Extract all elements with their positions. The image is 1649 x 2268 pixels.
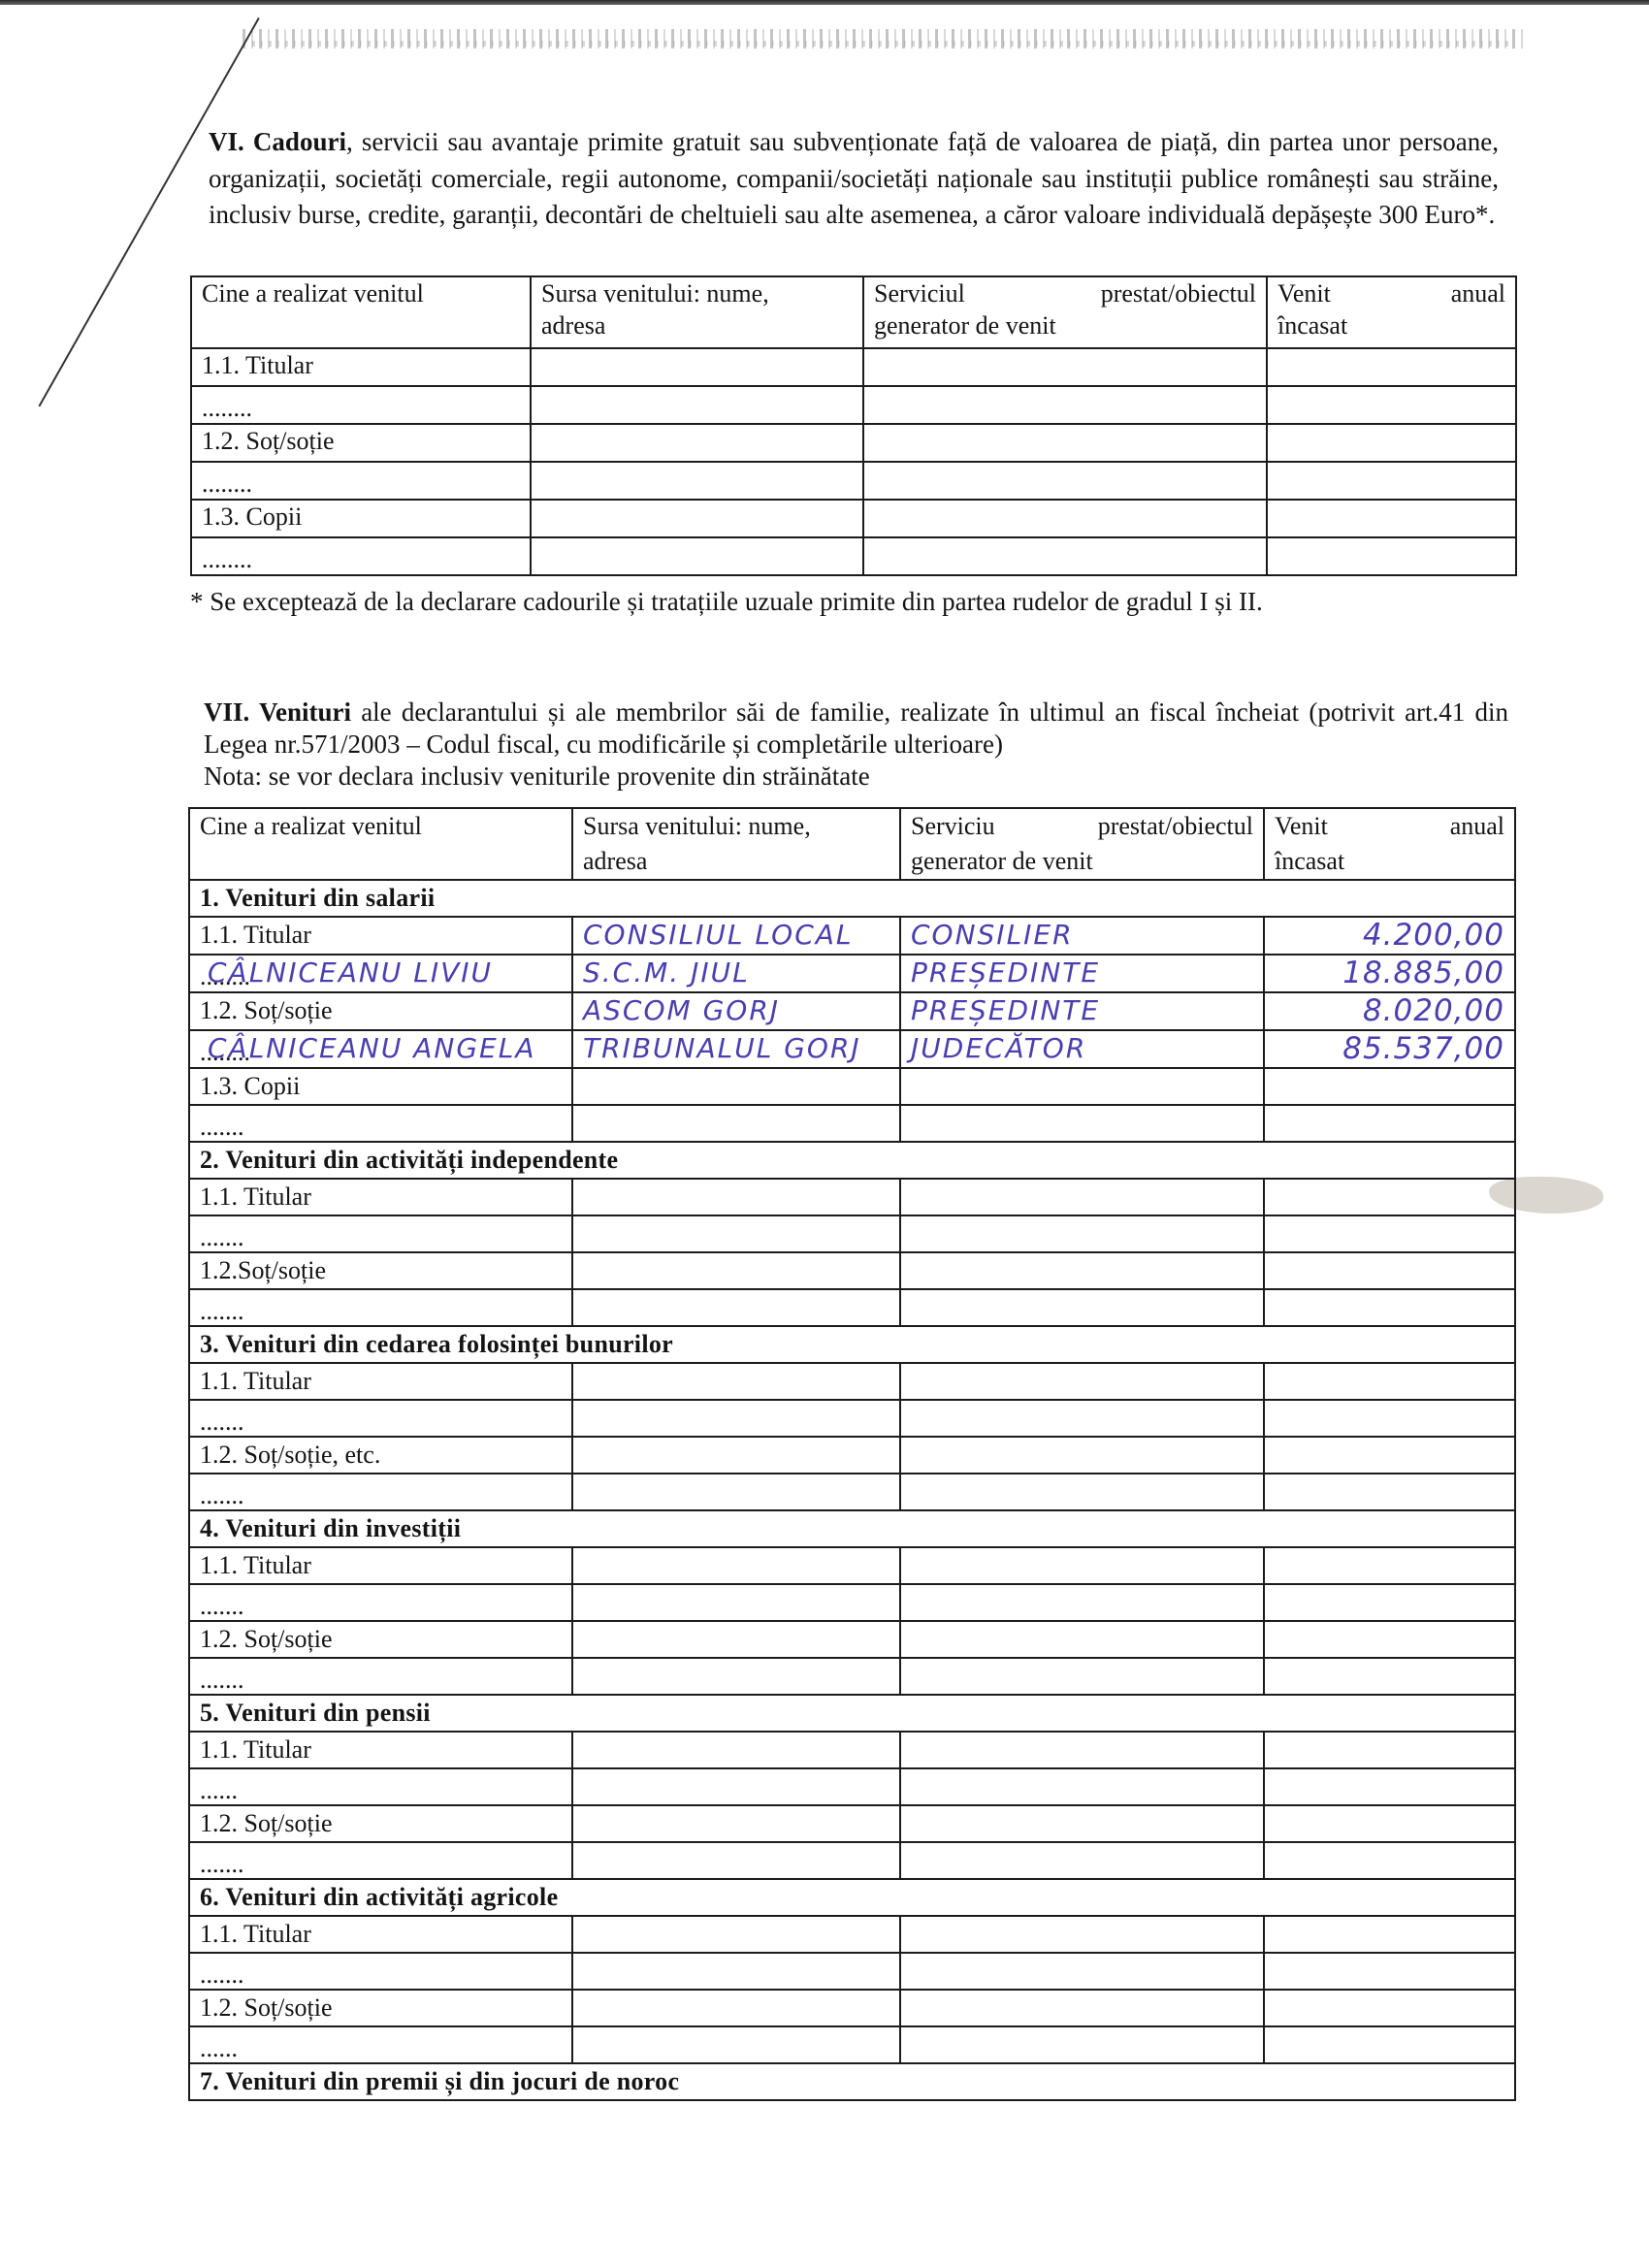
source-cell — [572, 1105, 900, 1142]
income-cell — [1264, 1400, 1515, 1437]
service-cell — [863, 348, 1267, 386]
row-label: 1.1. Titular — [189, 917, 572, 955]
col-header-service: Serviciulprestat/obiectulgenerator de ve… — [863, 276, 1267, 348]
section-vi-title: VI. Cadouri — [209, 127, 346, 156]
row-label: ...... — [189, 1768, 572, 1805]
table-row: 1.3. Copii — [189, 1068, 1515, 1105]
table-row: 1.1. Titular — [189, 1547, 1515, 1584]
income-cell — [1264, 1916, 1515, 1953]
scan-noise — [252, 41, 1513, 47]
section-heading: 1. Venituri din salarii — [189, 880, 1515, 917]
table-row: ...... — [189, 1768, 1515, 1805]
income-cell: 8.020,00 — [1264, 992, 1515, 1030]
row-label: 1.2. Soț/soție — [189, 992, 572, 1030]
section-heading: 3. Venituri din cedarea folosinței bunur… — [189, 1326, 1515, 1363]
handwritten-service: JUDECĂTOR — [911, 1032, 1086, 1064]
col-header-who: Cine a realizat venitul — [189, 808, 572, 880]
service-cell — [863, 424, 1267, 462]
source-cell — [531, 424, 863, 462]
row-label: 1.2. Soț/soție — [191, 424, 531, 462]
placeholder-dots: ...... — [200, 1769, 238, 1804]
table-row: 1.2. Soț/soție — [189, 1990, 1515, 2026]
section-vii-title: VII. Venituri — [204, 697, 351, 727]
service-cell — [900, 1658, 1264, 1695]
source-cell — [572, 1252, 900, 1289]
gifts-table: Cine a realizat venitul Sursa venitului:… — [190, 275, 1517, 576]
handwritten-amount: 85.537,00 — [1275, 1031, 1504, 1066]
table-row: 1.1. Titular — [189, 1916, 1515, 1953]
gifts-footnote: * Se exceptează de la declarare cadouril… — [190, 586, 1500, 617]
section-vii-note: Nota: se vor declara inclusiv veniturile… — [204, 761, 870, 791]
table-row: ........ — [191, 537, 1516, 575]
row-label: ........ — [191, 386, 531, 424]
table-row: 1.1. Titular — [189, 1732, 1515, 1768]
handwritten-name: CÂLNICEANU LIVIU — [200, 956, 493, 988]
table-row: ....... — [189, 1105, 1515, 1142]
income-cell — [1264, 1437, 1515, 1474]
table-row: 1.2. Soț/soție — [189, 1621, 1515, 1658]
service-cell — [900, 1068, 1264, 1105]
table-row: ....... — [189, 1289, 1515, 1326]
service-cell — [900, 1621, 1264, 1658]
row-label: ........ — [191, 462, 531, 500]
row-label: ........CÂLNICEANU ANGELA — [189, 1030, 572, 1068]
source-cell — [572, 1953, 900, 1990]
handwritten-source: ASCOM GORJ — [583, 994, 780, 1026]
service-cell — [863, 537, 1267, 575]
service-cell: JUDECĂTOR — [900, 1030, 1264, 1068]
source-cell — [572, 1732, 900, 1768]
table-row: 1.2. Soț/soție, etc. — [189, 1437, 1515, 1474]
source-cell — [572, 1437, 900, 1474]
table-row: 1.1. Titular — [191, 348, 1516, 386]
handwritten-service: PREȘEDINTE — [911, 994, 1100, 1026]
service-cell — [900, 1768, 1264, 1805]
table-row: ........CÂLNICEANU LIVIUS.C.M. JIULPREȘE… — [189, 955, 1515, 992]
table-row: ....... — [189, 1842, 1515, 1879]
income-cell — [1267, 462, 1516, 500]
placeholder-dots: ...... — [200, 2027, 238, 2062]
source-cell — [531, 500, 863, 537]
handwritten-name: CÂLNICEANU ANGELA — [200, 1032, 536, 1064]
service-cell — [900, 1105, 1264, 1142]
source-cell — [572, 2026, 900, 2063]
row-label: 1.1. Titular — [189, 1179, 572, 1215]
row-label: 1.2.Soț/soție — [189, 1252, 572, 1289]
placeholder-dots: ........ — [202, 463, 252, 498]
table-row: 1.2. Soț/soție — [189, 1805, 1515, 1842]
source-cell — [572, 1916, 900, 1953]
service-cell — [900, 1363, 1264, 1400]
income-cell — [1264, 1363, 1515, 1400]
row-label: ....... — [189, 1289, 572, 1326]
income-cell — [1264, 1289, 1515, 1326]
col-header-income: Venitanualîncasat — [1264, 808, 1515, 880]
table-row: 1.2. Soț/soțieASCOM GORJPREȘEDINTE8.020,… — [189, 992, 1515, 1030]
income-cell — [1267, 500, 1516, 537]
income-cell: 85.537,00 — [1264, 1030, 1515, 1068]
income-cell — [1264, 1252, 1515, 1289]
service-cell — [863, 500, 1267, 537]
col-header-who: Cine a realizat venitul — [191, 276, 531, 348]
income-cell — [1264, 1621, 1515, 1658]
income-cell — [1264, 1547, 1515, 1584]
source-cell — [572, 1289, 900, 1326]
source-cell — [572, 1805, 900, 1842]
source-cell — [572, 1068, 900, 1105]
table-row: ....... — [189, 1953, 1515, 1990]
table-row: 1.1. Titular — [189, 1363, 1515, 1400]
source-cell: CONSILIUL LOCAL — [572, 917, 900, 955]
source-cell — [572, 1179, 900, 1215]
handwritten-source: CONSILIUL LOCAL — [583, 919, 854, 951]
section-vii-text: ale declarantului și ale membrilor săi d… — [204, 697, 1508, 759]
placeholder-dots: ........ — [202, 387, 252, 422]
section-heading: 7. Venituri din premii și din jocuri de … — [189, 2063, 1515, 2100]
service-cell — [900, 1584, 1264, 1621]
row-label: 1.2. Soț/soție — [189, 1990, 572, 2026]
row-label: 1.1. Titular — [189, 1732, 572, 1768]
income-cell: 4.200,00 — [1264, 917, 1515, 955]
source-cell — [572, 1474, 900, 1510]
table-row: ....... — [189, 1474, 1515, 1510]
placeholder-dots: ....... — [200, 1585, 244, 1620]
service-cell — [900, 1842, 1264, 1879]
row-label: 1.2. Soț/soție — [189, 1621, 572, 1658]
section-vii-intro: VII. Venituri ale declarantului și ale m… — [204, 697, 1508, 793]
table-row: ....... — [189, 1400, 1515, 1437]
section-heading: 5. Venituri din pensii — [189, 1695, 1515, 1732]
row-label: ....... — [189, 1400, 572, 1437]
handwritten-amount: 18.885,00 — [1275, 956, 1504, 990]
section-heading: 4. Venituri din investiții — [189, 1510, 1515, 1547]
source-cell — [531, 537, 863, 575]
service-cell — [863, 386, 1267, 424]
row-label: 1.2. Soț/soție, etc. — [189, 1437, 572, 1474]
row-label: 1.1. Titular — [189, 1547, 572, 1584]
handwritten-source: TRIBUNALUL GORJ — [583, 1032, 861, 1064]
service-cell — [900, 1474, 1264, 1510]
row-label: ...... — [189, 2026, 572, 2063]
table-row: ........ — [191, 386, 1516, 424]
source-cell: TRIBUNALUL GORJ — [572, 1030, 900, 1068]
service-cell — [863, 462, 1267, 500]
service-cell — [900, 1437, 1264, 1474]
placeholder-dots: ....... — [200, 1290, 244, 1325]
service-cell: PREȘEDINTE — [900, 955, 1264, 992]
placeholder-dots: ....... — [200, 1659, 244, 1694]
income-cell — [1267, 386, 1516, 424]
source-cell — [572, 1621, 900, 1658]
service-cell — [900, 1289, 1264, 1326]
row-label: ........ — [191, 537, 531, 575]
income-cell — [1264, 1584, 1515, 1621]
row-label: 1.1. Titular — [191, 348, 531, 386]
income-cell — [1264, 2026, 1515, 2063]
table-row: ....... — [189, 1584, 1515, 1621]
table-row: ........ — [191, 462, 1516, 500]
col-header-service: Serviciuprestat/obiectulgenerator de ven… — [900, 808, 1264, 880]
source-cell — [572, 1547, 900, 1584]
service-cell: CONSILIER — [900, 917, 1264, 955]
placeholder-dots: ....... — [200, 1843, 244, 1878]
table-header-row: Cine a realizat venitul Sursa venitului:… — [189, 808, 1515, 880]
service-cell — [900, 1732, 1264, 1768]
col-header-income: Venitanualîncasat — [1267, 276, 1516, 348]
row-label: ....... — [189, 1215, 572, 1252]
income-cell — [1267, 348, 1516, 386]
source-cell — [572, 1768, 900, 1805]
service-cell — [900, 1252, 1264, 1289]
row-label: ....... — [189, 1584, 572, 1621]
section-row: 2. Venituri din activități independente — [189, 1142, 1515, 1179]
scan-edge — [0, 0, 1649, 5]
source-cell — [572, 1363, 900, 1400]
section-vi-text: , servicii sau avantaje primite gratuit … — [209, 127, 1499, 229]
income-cell — [1264, 1842, 1515, 1879]
service-cell — [900, 1215, 1264, 1252]
service-cell — [900, 2026, 1264, 2063]
source-cell — [572, 1990, 900, 2026]
section-row: 6. Venituri din activități agricole — [189, 1879, 1515, 1916]
source-cell: ASCOM GORJ — [572, 992, 900, 1030]
service-cell — [900, 1916, 1264, 1953]
section-row: 5. Venituri din pensii — [189, 1695, 1515, 1732]
row-label: ....... — [189, 1105, 572, 1142]
placeholder-dots: ........ — [202, 538, 252, 573]
source-cell — [572, 1215, 900, 1252]
placeholder-dots: ....... — [200, 1106, 244, 1141]
service-cell — [900, 1179, 1264, 1215]
income-cell — [1267, 424, 1516, 462]
service-cell: PREȘEDINTE — [900, 992, 1264, 1030]
income-cell — [1264, 1105, 1515, 1142]
income-cell — [1264, 1990, 1515, 2026]
income-cell — [1264, 1805, 1515, 1842]
section-row: 3. Venituri din cedarea folosinței bunur… — [189, 1326, 1515, 1363]
handwritten-service: CONSILIER — [911, 919, 1074, 951]
row-label: 1.3. Copii — [189, 1068, 572, 1105]
source-cell — [531, 462, 863, 500]
income-cell — [1264, 1768, 1515, 1805]
source-cell — [572, 1584, 900, 1621]
source-cell — [572, 1400, 900, 1437]
table-row: 1.2. Soț/soție — [191, 424, 1516, 462]
table-row: ........CÂLNICEANU ANGELATRIBUNALUL GORJ… — [189, 1030, 1515, 1068]
service-cell — [900, 1805, 1264, 1842]
handwritten-amount: 4.200,00 — [1275, 918, 1504, 953]
income-cell — [1264, 1068, 1515, 1105]
service-cell — [900, 1953, 1264, 1990]
handwritten-service: PREȘEDINTE — [911, 956, 1100, 988]
source-cell — [531, 348, 863, 386]
handwritten-source: S.C.M. JIUL — [583, 956, 750, 988]
table-row: 1.1. TitularCONSILIUL LOCALCONSILIER4.20… — [189, 917, 1515, 955]
section-row: 7. Venituri din premii și din jocuri de … — [189, 2063, 1515, 2100]
income-table: Cine a realizat venitul Sursa venitului:… — [188, 807, 1516, 2101]
section-heading: 6. Venituri din activități agricole — [189, 1879, 1515, 1916]
income-cell: 18.885,00 — [1264, 955, 1515, 992]
placeholder-dots: ....... — [200, 1954, 244, 1989]
section-vi-intro: VI. Cadouri, servicii sau avantaje primi… — [209, 124, 1499, 234]
source-cell: S.C.M. JIUL — [572, 955, 900, 992]
table-row: ...... — [189, 2026, 1515, 2063]
service-cell — [900, 1990, 1264, 2026]
row-label: ....... — [189, 1953, 572, 1990]
table-row: ....... — [189, 1215, 1515, 1252]
placeholder-dots: ....... — [200, 1216, 244, 1251]
section-row: 4. Venituri din investiții — [189, 1510, 1515, 1547]
section-heading: 2. Venituri din activități independente — [189, 1142, 1515, 1179]
table-header-row: Cine a realizat venitul Sursa venitului:… — [191, 276, 1516, 348]
row-label: ....... — [189, 1842, 572, 1879]
service-cell — [900, 1547, 1264, 1584]
table-row: 1.2.Soț/soție — [189, 1252, 1515, 1289]
income-cell — [1264, 1953, 1515, 1990]
row-label: 1.1. Titular — [189, 1916, 572, 1953]
income-cell — [1264, 1179, 1515, 1215]
income-cell — [1264, 1658, 1515, 1695]
placeholder-dots: ....... — [200, 1474, 244, 1509]
section-row-salaries: 1. Venituri din salarii — [189, 880, 1515, 917]
source-cell — [572, 1658, 900, 1695]
row-label: 1.3. Copii — [191, 500, 531, 537]
table-row: 1.3. Copii — [191, 500, 1516, 537]
col-header-source: Sursa venitului: nume,adresa — [531, 276, 863, 348]
income-cell — [1264, 1215, 1515, 1252]
row-label: ........CÂLNICEANU LIVIU — [189, 955, 572, 992]
row-label: 1.1. Titular — [189, 1363, 572, 1400]
row-label: ....... — [189, 1474, 572, 1510]
row-label: ....... — [189, 1658, 572, 1695]
income-cell — [1267, 537, 1516, 575]
table-row: ....... — [189, 1658, 1515, 1695]
source-cell — [572, 1842, 900, 1879]
service-cell — [900, 1400, 1264, 1437]
col-header-source: Sursa venitului: nume,adresa — [572, 808, 900, 880]
source-cell — [531, 386, 863, 424]
handwritten-amount: 8.020,00 — [1275, 993, 1504, 1028]
row-label: 1.2. Soț/soție — [189, 1805, 572, 1842]
table-row: 1.1. Titular — [189, 1179, 1515, 1215]
income-cell — [1264, 1474, 1515, 1510]
income-cell — [1264, 1732, 1515, 1768]
placeholder-dots: ....... — [200, 1401, 244, 1436]
